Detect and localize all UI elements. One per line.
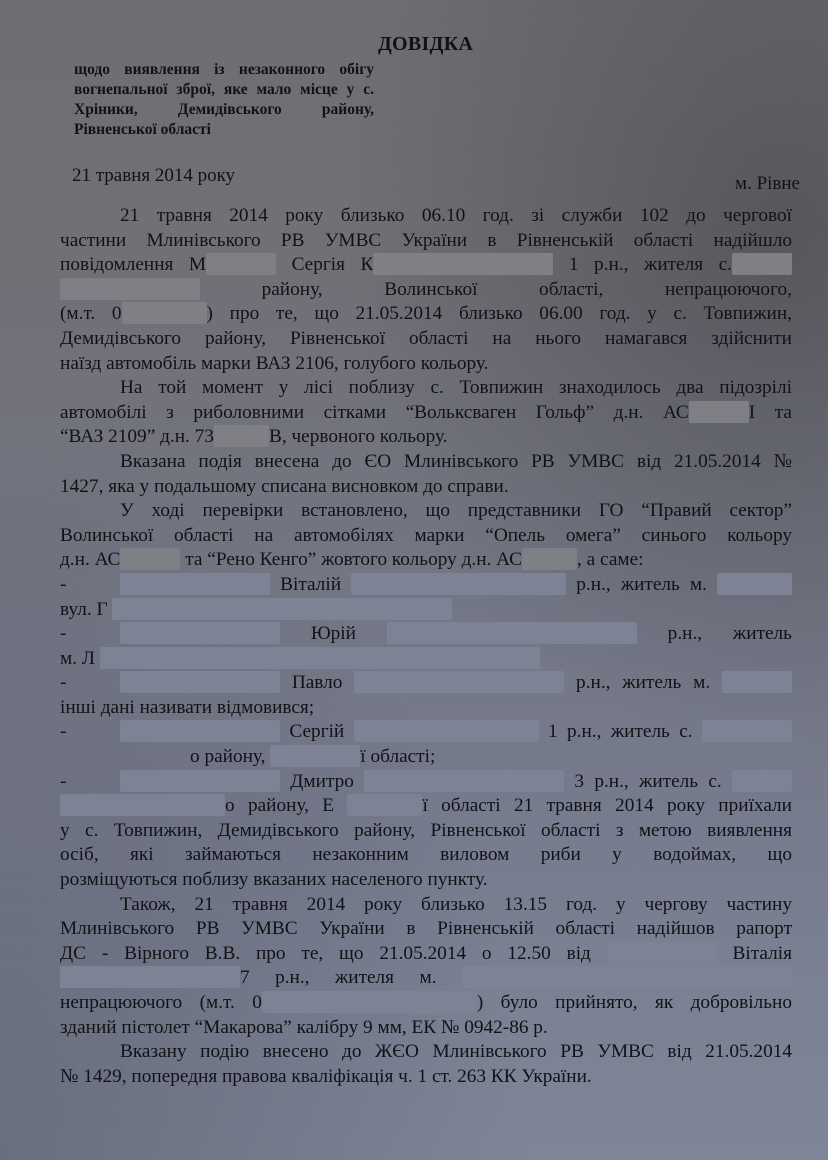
redaction [732,253,792,275]
person-item: - Павло р.н., житель м. [60,671,792,696]
redaction [60,278,200,300]
paragraph-5: у с. Товпижин, Демидівського району, Рів… [60,819,792,893]
paragraph-7: Вказану подію внесено до ЖЄО Млинівськог… [60,1040,792,1089]
redaction [722,671,792,693]
text-line: повідомлення М Сергія К 1 р.н., жителя с… [60,253,792,278]
text-line: Вказана подія внесена до ЄО Млинівського… [60,450,792,475]
redaction [262,991,477,1013]
redaction [462,966,792,988]
document-subject: щодо виявлення із незаконного обігу вогн… [74,60,374,140]
text-line: ДС - Вірного В.В. про те, що 21.05.2014 … [60,942,792,967]
text-line: 1427, яка у подальшому списана висновком… [60,475,792,500]
person-item-cont: м. Л [60,647,792,672]
redaction [120,770,280,792]
text-line: 21 травня 2014 року близько 06.10 год. з… [60,204,792,229]
text-line: “ВАЗ 2109” д.н. 73В, червоного кольору. [60,425,792,450]
persons-list: - Віталій р.н., житель м. вул. Г - Юрій … [60,573,792,819]
text-line: розміщуються поблизу вказаних населеного… [60,868,792,893]
redaction [354,671,564,693]
document-title: ДОВІДКА [378,33,473,56]
paragraph-6: Також, 21 травня 2014 року близько 13.15… [60,893,792,1041]
redaction [112,598,452,620]
document-date: 21 травня 2014 року [72,165,235,187]
document-body: 21 травня 2014 року близько 06.10 год. з… [60,204,792,1089]
redaction [120,671,280,693]
text-line: У ході перевірки встановлено, що предста… [60,499,792,524]
person-item: - Сергій 1 р.н., житель с. [60,720,792,745]
person-item: - Юрій р.н., житель [60,622,792,647]
redaction [122,302,207,324]
text-line: автомобілі з риболовними сітками “Волькс… [60,401,792,426]
person-item-cont: о району, ї області; [60,745,792,770]
text-line: Також, 21 травня 2014 року близько 13.15… [60,893,792,918]
text-line: Волинської області на автомобілях марки … [60,524,792,549]
paragraph-2: На той момент у лісі поблизу с. Товпижин… [60,376,792,450]
person-item: - Дмитро 3 р.н., житель с. [60,770,792,795]
paragraph-1: 21 травня 2014 року близько 06.10 год. з… [60,204,792,376]
text-line: На той момент у лісі поблизу с. Товпижин… [60,376,792,401]
text-line: частини Млинівського РВ УМВС України в Р… [60,229,792,254]
text-line: 7 р.н., жителя м. [60,966,792,991]
redaction [387,622,637,644]
person-item-cont: інші дані називати відмовився; [60,696,792,721]
redaction [60,794,225,816]
redaction [120,720,280,742]
text-line: Вказану подію внесено до ЖЄО Млинівськог… [60,1040,792,1065]
paragraph-3: Вказана подія внесена до ЄО Млинівського… [60,450,792,499]
redaction [702,720,792,742]
paragraph-4: У ході перевірки встановлено, що предста… [60,499,792,573]
text-line: у с. Товпижин, Демидівського району, Рів… [60,819,792,844]
redaction [347,794,422,816]
redaction [354,720,539,742]
text-line: зданий пістолет “Макарова” калібру 9 мм,… [60,1016,792,1041]
redaction [270,745,360,767]
redaction [717,573,792,595]
text-line: району, Волинської області, непрацюючого… [60,278,792,303]
redaction [120,622,280,644]
text-line: непрацюючого (м.т. 0) було прийнято, як … [60,991,792,1016]
text-line: наїзд автомобіль марки ВАЗ 2106, голубог… [60,352,792,377]
text-line: Демидівського району, Рівненської област… [60,327,792,352]
redaction [120,548,180,570]
redaction [100,647,540,669]
text-line: (м.т. 0) про те, що 21.05.2014 близько 0… [60,302,792,327]
redaction [351,573,566,595]
person-item-cont: о району, Е ї області 21 травня 2014 рок… [60,794,792,819]
redaction [214,425,269,447]
redaction [522,548,577,570]
redaction [373,253,553,275]
redaction [364,770,564,792]
redaction [60,966,240,988]
person-item-cont: вул. Г [60,598,792,623]
document-page: ДОВІДКА щодо виявлення із незаконного об… [0,0,828,1160]
text-line: д.н. АС та “Рено Кенго” жовтого кольору … [60,548,792,573]
redaction [206,253,276,275]
redaction [689,401,749,423]
redaction [120,573,270,595]
text-line: осіб, які займаються незаконним виловом … [60,843,792,868]
document-place: м. Рівне [735,173,800,195]
text-line: Млинівського РВ УМВС України в Рівненськ… [60,917,792,942]
redaction [732,770,792,792]
redaction [607,942,717,964]
text-line: № 1429, попередня правова кваліфікація ч… [60,1065,792,1090]
person-item: - Віталій р.н., житель м. [60,573,792,598]
